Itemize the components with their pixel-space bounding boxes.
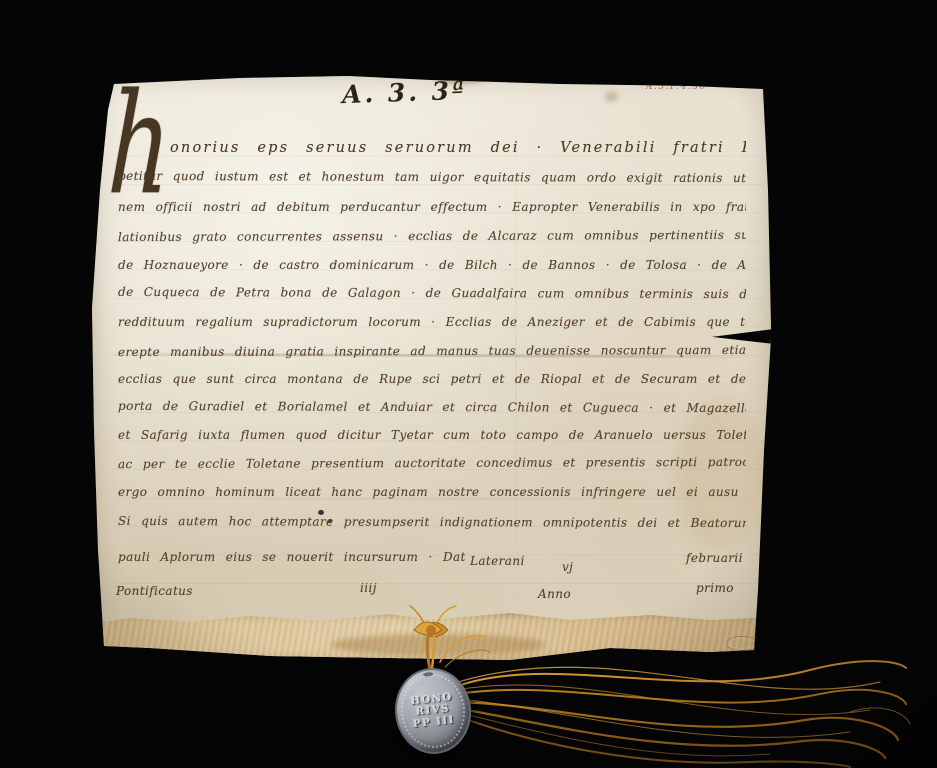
closing-word-laterani: Laterani [470, 554, 525, 568]
closing-words: pauli Aplorum eius se nouerit incursurum… [118, 550, 466, 564]
text-line: de Hoznaueyore · de castro dominicarum ·… [118, 258, 746, 282]
seal-text-line: PP III [413, 715, 456, 731]
text-line: et Safarig iuxta flumen quod dicitur Tye… [118, 428, 746, 452]
closing-word-day: vj [562, 560, 573, 574]
text-line: nem officii nostri ad debitum perducantu… [118, 200, 746, 224]
text-line: erepte manibus diuina gratia inspirante … [118, 343, 746, 369]
shelfmark: A.3.F.4.36 [646, 82, 707, 92]
archival-mark: A. 3. 3ª [342, 76, 468, 109]
text-line: petitur quod iustum est et honestum tam … [118, 169, 746, 195]
text-line: lationibus grato concurrentes assensu · … [118, 228, 746, 254]
text-line: onorius eps seruus seruorum dei · Venera… [170, 140, 746, 164]
stain [605, 92, 618, 101]
text-line: porta de Guradiel et Borialamel et Andui… [118, 399, 746, 425]
text-line: de Cuqueca de Petra bona de Galagon · de… [118, 285, 746, 311]
text-line: reddituum regalium supradictorum locorum… [118, 315, 746, 339]
text-line: ac per te ecclie Toletane presentium auc… [118, 455, 746, 481]
seal-text-line: RIVS [415, 703, 450, 718]
text-line: ecclias que sunt circa montana de Rupe s… [118, 372, 746, 396]
text-line: ergo omnino hominum liceat hanc paginam … [118, 485, 746, 509]
seal-text-line: HONO [410, 692, 453, 708]
closing-word-pontificatus: Pontificatus [116, 584, 193, 598]
closing-word-month: februarii [686, 551, 743, 565]
photograph-of-papal-bull: A. 3. 3ª A.3.F.4.36 h onorius eps seruus… [0, 0, 937, 768]
parchment: A. 3. 3ª A.3.F.4.36 h onorius eps seruus… [90, 70, 774, 664]
text-line: Si quis autem hoc attemptare presumpseri… [118, 514, 746, 540]
